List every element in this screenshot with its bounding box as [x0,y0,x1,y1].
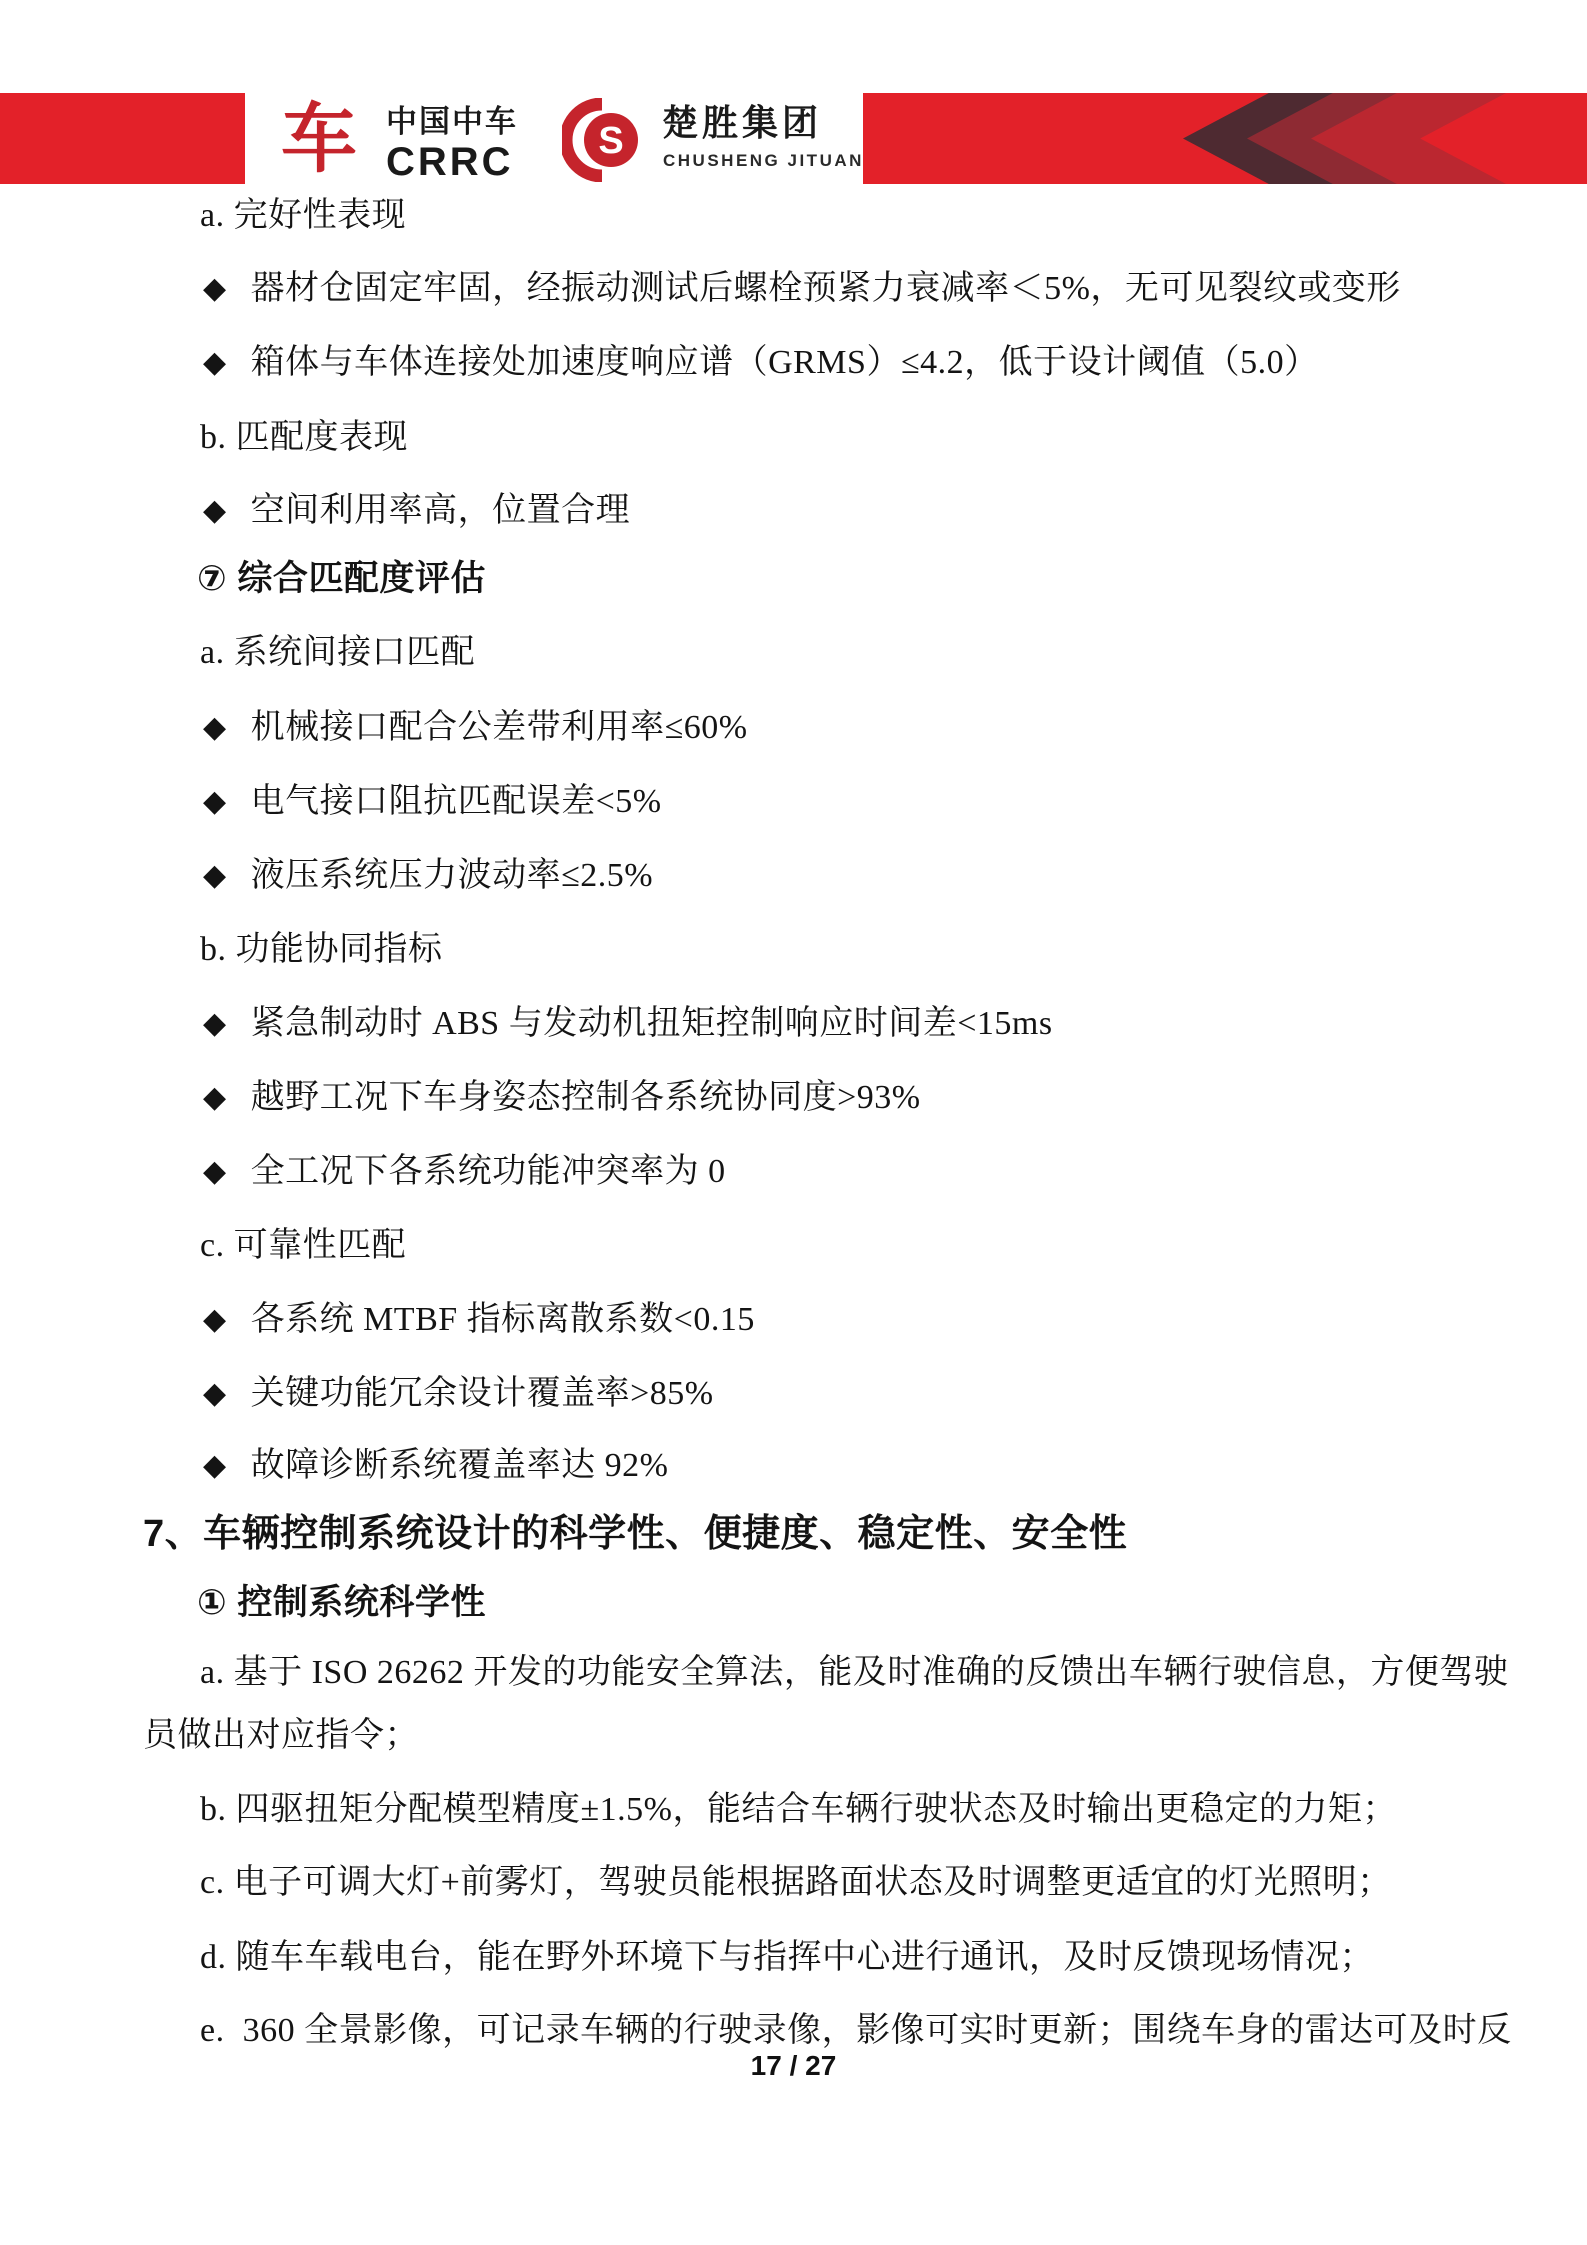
list-item: ◆越野工况下车身姿态控制各系统协同度>93% [203,1076,921,1120]
list-item-text: b. 匹配度表现 [200,419,408,456]
section-heading: 7、车辆控制系统设计的科学性、便捷度、稳定性、安全性 [143,1512,1127,1556]
list-item: c. 电子可调大灯+前雾灯，驾驶员能根据路面状态及时调整更适宜的灯光照明； [200,1861,1392,1905]
diamond-bullet-icon: ◆ [203,1150,227,1194]
list-item-text: 液压系统压力波动率≤2.5% [251,854,653,898]
list-item-text: a. 系统间接口匹配 [200,634,475,671]
list-item: a. 完好性表现 [200,194,406,238]
list-item-text: 机械接口配合公差带利用率≤60% [251,706,748,750]
list-item: ◆器材仓固定牢固，经振动测试后螺栓预紧力衰减率＜5%，无可见裂纹或变形 [203,267,1401,311]
list-item: ◆各系统 MTBF 指标离散系数<0.15 [203,1298,755,1342]
list-item-text: d. 随车车载电台，能在野外环境下与指挥中心进行通讯，及时反馈现场情况； [200,1939,1374,1976]
list-item-text: 故障诊断系统覆盖率达 92% [251,1444,669,1488]
diamond-bullet-icon: ◆ [203,341,227,385]
list-item-text: 越野工况下车身姿态控制各系统协同度>93% [251,1076,921,1120]
chusheng-name-en: CHUSHENG JITUAN [663,150,864,172]
diamond-bullet-icon: ◆ [203,1076,227,1120]
list-item: ◆全工况下各系统功能冲突率为 0 [203,1150,726,1194]
diamond-bullet-icon: ◆ [203,267,227,311]
list-item: a. 基于 ISO 26262 开发的功能安全算法，能及时准确的反馈出车辆行驶信… [200,1651,1508,1695]
diamond-bullet-icon: ◆ [203,706,227,750]
document-page: 车 中国中车 CRRC S 楚胜集团 CHUSHENG JITUAN a. 完好… [0,0,1587,2245]
list-item: e. 360 全景影像，可记录车辆的行驶录像，影像可实时更新；围绕车身的雷达可及… [200,2009,1512,2053]
list-item: b. 功能协同指标 [200,928,443,972]
chusheng-name-cn: 楚胜集团 [662,102,822,144]
list-item-text: c. 电子可调大灯+前雾灯，驾驶员能根据路面状态及时调整更适宜的灯光照明； [200,1864,1392,1901]
list-item-text: 关键功能冗余设计覆盖率>85% [251,1372,714,1416]
list-item: ◆液压系统压力波动率≤2.5% [203,854,653,898]
list-item-text: 员做出对应指令； [143,1717,419,1754]
list-item-text: 空间利用率高，位置合理 [251,489,631,533]
list-item-text: 紧急制动时 ABS 与发动机扭矩控制响应时间差<15ms [251,1002,1053,1046]
list-item: ◆电气接口阻抗匹配误差<5% [203,780,662,824]
list-item-continuation: 员做出对应指令； [143,1714,419,1758]
header-red-band-left [0,93,245,184]
list-item: a. 系统间接口匹配 [200,631,475,675]
list-item-text: e. 360 全景影像，可记录车辆的行驶录像，影像可实时更新；围绕车身的雷达可及… [200,2012,1512,2049]
diamond-bullet-icon: ◆ [203,1002,227,1046]
diamond-bullet-icon: ◆ [203,854,227,898]
list-item-text: b. 四驱扭矩分配模型精度±1.5%，能结合车辆行驶状态及时输出更稳定的力矩； [200,1791,1397,1828]
list-item: b. 匹配度表现 [200,416,408,460]
crrc-name-en: CRRC [386,140,514,184]
chusheng-logo-icon: S [562,98,646,182]
sub-heading: ⑦ 综合匹配度评估 [197,557,486,601]
sub-heading-text: ① 控制系统科学性 [197,1583,486,1622]
list-item-text: c. 可靠性匹配 [200,1227,406,1264]
list-item-text: a. 完好性表现 [200,197,406,234]
diamond-bullet-icon: ◆ [203,1298,227,1342]
list-item: ◆空间利用率高，位置合理 [203,489,630,533]
sub-heading: ① 控制系统科学性 [197,1581,486,1625]
list-item: d. 随车车载电台，能在野外环境下与指挥中心进行通讯，及时反馈现场情况； [200,1936,1374,1980]
list-item: ◆关键功能冗余设计覆盖率>85% [203,1372,714,1416]
list-item-text: 各系统 MTBF 指标离散系数<0.15 [251,1298,755,1342]
list-item: ◆故障诊断系统覆盖率达 92% [203,1444,668,1488]
diamond-bullet-icon: ◆ [203,1372,227,1416]
crrc-logo-icon: 车 [277,96,361,184]
list-item-text: 全工况下各系统功能冲突率为 0 [251,1150,726,1194]
list-item-text: 器材仓固定牢固，经振动测试后螺栓预紧力衰减率＜5%，无可见裂纹或变形 [251,267,1401,311]
list-item: ◆机械接口配合公差带利用率≤60% [203,706,748,750]
svg-text:S: S [598,120,623,162]
list-item: ◆箱体与车体连接处加速度响应谱（GRMS）≤4.2，低于设计阈值（5.0） [203,341,1319,385]
list-item-text: 电气接口阻抗匹配误差<5% [251,780,662,824]
sub-heading-text: ⑦ 综合匹配度评估 [197,559,486,598]
list-item-text: 箱体与车体连接处加速度响应谱（GRMS）≤4.2，低于设计阈值（5.0） [251,341,1319,385]
diamond-bullet-icon: ◆ [203,1444,227,1488]
page-number: 17 / 27 [0,2050,1587,2082]
list-item: b. 四驱扭矩分配模型精度±1.5%，能结合车辆行驶状态及时输出更稳定的力矩； [200,1788,1397,1832]
list-item-text: b. 功能协同指标 [200,931,443,968]
crrc-name-cn: 中国中车 [386,104,518,140]
section-heading-text: 7、车辆控制系统设计的科学性、便捷度、稳定性、安全性 [143,1513,1127,1555]
list-item: ◆紧急制动时 ABS 与发动机扭矩控制响应时间差<15ms [203,1002,1053,1046]
diamond-bullet-icon: ◆ [203,489,227,533]
diamond-bullet-icon: ◆ [203,780,227,824]
list-item-text: a. 基于 ISO 26262 开发的功能安全算法，能及时准确的反馈出车辆行驶信… [200,1654,1508,1691]
list-item: c. 可靠性匹配 [200,1224,406,1268]
